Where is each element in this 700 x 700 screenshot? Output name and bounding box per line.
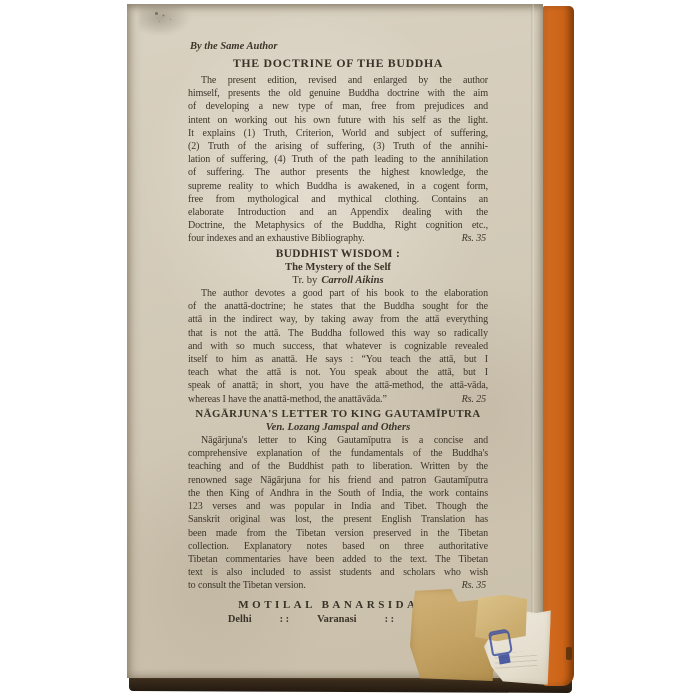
doctrine-line: It explains (1) Truth, Criterion, World … <box>188 127 488 140</box>
book1-title: THE DOCTRINE OF THE BUDDHA <box>188 56 488 71</box>
doctrine-line: intent on working out his own future wit… <box>188 114 488 127</box>
book3-title: NĀGĀRJUNA'S LETTER TO KING GAUTAMĪPUTRA <box>188 407 488 421</box>
book2-translator-line: Tr. byCarroll Aikins <box>188 274 488 287</box>
colon-separator: : : <box>385 613 395 626</box>
city-patna: Patna <box>422 613 448 626</box>
doctrine-line: elaborate Introduction and an Appendix d… <box>188 206 488 219</box>
wisdom-price: Rs. 25 <box>462 393 488 406</box>
doctrine-price: Rs. 35 <box>462 232 488 245</box>
orange-spine-strip <box>543 6 574 686</box>
doctrine-line: free from mythological and mythical clot… <box>188 193 488 206</box>
translator-label: Tr. by <box>292 275 317 286</box>
nagarjuna-last-line: to consult the Tibetan version. <box>188 579 306 592</box>
publisher-cities: Delhi : : Varanasi : : Patna <box>188 613 488 626</box>
wisdom-line: The author devotes a good part of his bo… <box>188 287 488 300</box>
book2-title: BUDDHIST WISDOM : <box>188 247 488 261</box>
wisdom-last-line: whereas I have the anattā-method, the an… <box>188 393 387 406</box>
publisher-name: MOTILAL BANARSIDASS <box>188 598 488 613</box>
doctrine-line: Doctrine, the Metaphysics of the Buddha,… <box>188 219 488 232</box>
wisdom-line: teach what the attā is not. You speak ab… <box>188 366 488 379</box>
colon-separator: : : <box>280 613 290 626</box>
city-delhi: Delhi <box>228 613 252 626</box>
wisdom-line: itself to him as anattā. He says : “You … <box>188 353 488 366</box>
doctrine-price-line: four indexes and an exhaustive Bibliogra… <box>188 232 488 245</box>
nagarjuna-line: Sanskrit original was lost, the present … <box>188 513 488 526</box>
cover-speckles <box>155 12 158 15</box>
nagarjuna-line: comprehensive explanation of the fundame… <box>188 447 488 460</box>
doctrine-line: (2) Truth of the arising of suffering, (… <box>188 140 488 153</box>
doctrine-last-line: four indexes and an exhaustive Bibliogra… <box>188 232 365 245</box>
nagarjuna-line: teaching and of the Buddhist path to lib… <box>188 460 488 473</box>
nagarjuna-line: text is also included to assist students… <box>188 566 488 579</box>
doctrine-line: supreme reality to which Buddha is awake… <box>188 180 488 193</box>
spine-stain <box>566 647 572 660</box>
wisdom-line: speak of anattā; in short, you have the … <box>188 379 488 392</box>
printed-text-column: By the Same Author THE DOCTRINE OF THE B… <box>188 40 488 626</box>
wisdom-line: of the anattā-doctrine; he states that t… <box>188 300 488 313</box>
cover-crease <box>531 4 534 678</box>
wisdom-line: attā in the indirect way, by taking away… <box>188 313 488 326</box>
doctrine-line: lation of suffering, (4) Truth of the pa… <box>188 153 488 166</box>
nagarjuna-line: been made from the Tibetan version prese… <box>188 527 488 540</box>
nagarjuna-line: Nāgārjuna's letter to King Gautamīputra … <box>188 434 488 447</box>
book3-subtitle: Ven. Lozang Jamspal and Others <box>188 421 488 434</box>
doctrine-line: The present edition, revised and enlarge… <box>188 74 488 87</box>
nagarjuna-price-line: to consult the Tibetan version. Rs. 35 <box>188 579 488 592</box>
byline: By the Same Author <box>190 40 488 54</box>
wisdom-price-line: whereas I have the anattā-method, the an… <box>188 393 488 406</box>
book2-subtitle: The Mystery of the Self <box>188 261 488 274</box>
translator-name: Carroll Aikins <box>321 275 383 286</box>
wisdom-line: and with so much success, that whatever … <box>188 340 488 353</box>
doctrine-line: of developing a new type of man, free fr… <box>188 100 488 113</box>
nagarjuna-line: the then King of Andhra in the South of … <box>188 487 488 500</box>
nagarjuna-line: 123 verses and was popular in India and … <box>188 500 488 513</box>
nagarjuna-price: Rs. 35 <box>462 579 488 592</box>
book-back-cover: By the Same Author THE DOCTRINE OF THE B… <box>127 4 574 692</box>
city-varanasi: Varanasi <box>317 613 356 626</box>
nagarjuna-line: renowned sage Nāgārjuna for his friend a… <box>188 474 488 487</box>
cover-smudge <box>139 6 191 36</box>
doctrine-line: of suffering. The author presents the hi… <box>188 166 488 179</box>
doctrine-line: himself, presents the old genuine Buddha… <box>188 87 488 100</box>
wisdom-line: that is not the attā. The Buddha followe… <box>188 327 488 340</box>
nagarjuna-line: Tibetan commentaries have been added to … <box>188 553 488 566</box>
nagarjuna-line: collection. Explanatory notes based on t… <box>188 540 488 553</box>
